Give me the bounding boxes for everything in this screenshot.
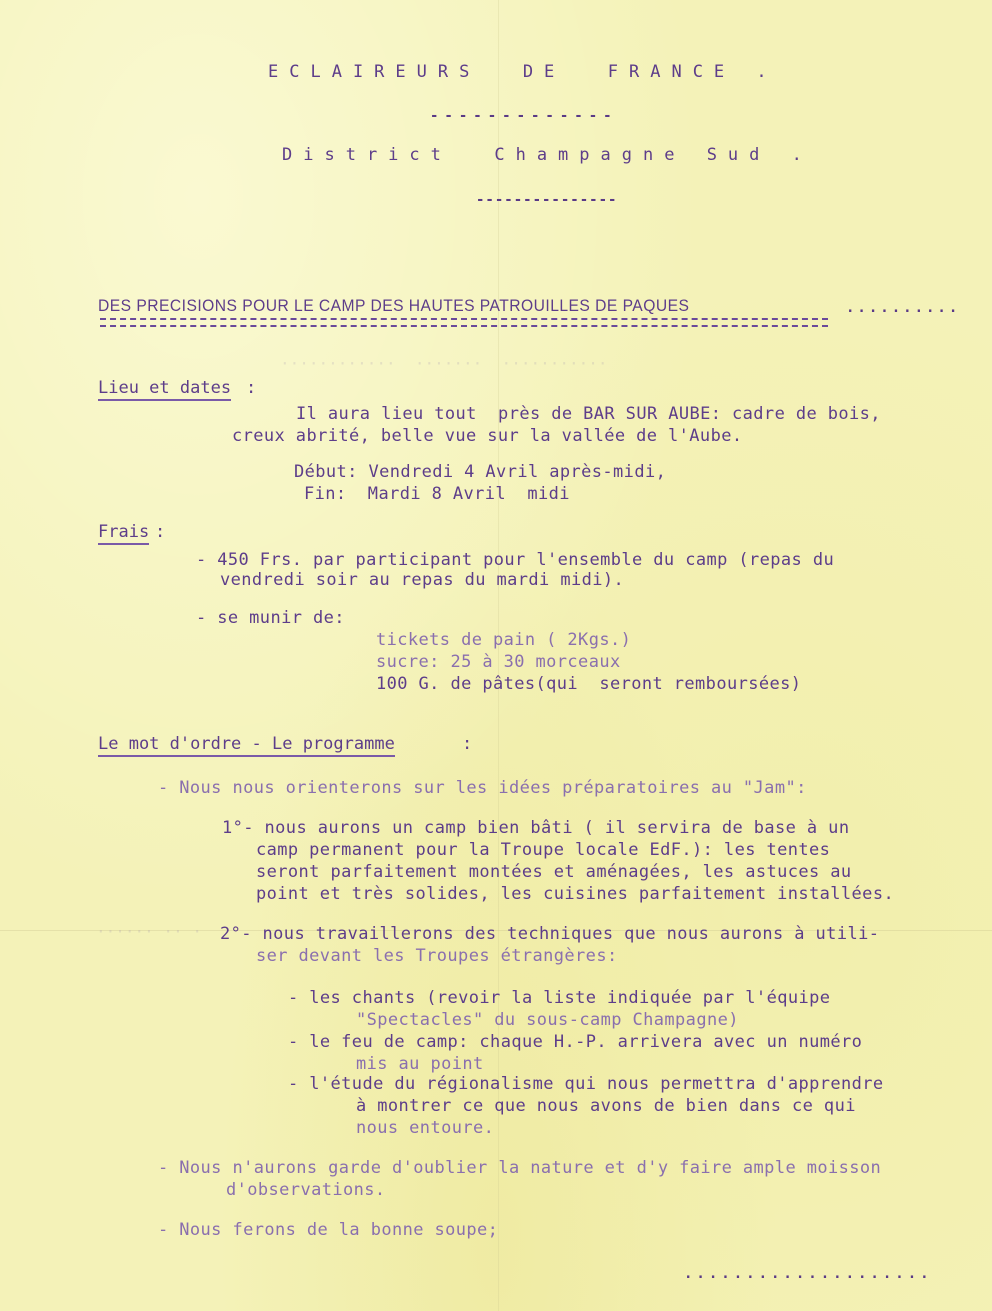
point-2-line-2: ser devant les Troupes étrangères: — [256, 946, 618, 966]
bleed-through-text: ············ ······· ··········· — [280, 354, 608, 373]
sub-item-chants-line-1: - les chants (revoir la liste indiquée p… — [288, 988, 830, 1008]
sub-item-regionalisme-line-1: - l'étude du régionalisme qui nous perme… — [288, 1074, 884, 1094]
point-1-line-1: 1°- nous aurons un camp bien bâti ( il s… — [222, 818, 849, 838]
section-heading-lieu: Lieu et dates — [98, 378, 231, 401]
sub-item-feu-line-1: - le feu de camp: chaque H.-P. arrivera … — [288, 1032, 862, 1052]
supply-item: tickets de pain ( 2Kgs.) — [376, 630, 631, 650]
programme-intro: - Nous nous orienterons sur les idées pr… — [158, 778, 807, 798]
point-1-line-2: camp permanent pour la Troupe locale EdF… — [256, 840, 830, 860]
footer-dots: .................... — [684, 1266, 933, 1282]
frais-item-1-line-2: vendredi soir au repas du mardi midi). — [220, 570, 624, 590]
lieu-fin: Fin: Mardi 8 Avril midi — [304, 484, 570, 504]
bleed-through-text: ······ ·· · — [96, 922, 202, 941]
point-2-line-1: 2°- nous travaillerons des techniques qu… — [220, 924, 879, 944]
point-1-line-3: seront parfaitement montées et aménagées… — [256, 862, 852, 882]
nature-line-1: - Nous n'aurons garde d'oublier la natur… — [158, 1158, 881, 1178]
section-heading-frais: Frais — [98, 522, 149, 545]
sub-item-feu-line-2: mis au point — [356, 1054, 484, 1074]
title-trailing-dots: .......... — [846, 300, 960, 316]
frais-item-1-line-1: - 450 Frs. par participant pour l'ensemb… — [196, 550, 834, 570]
title-double-underline — [100, 318, 828, 327]
section-heading-frais-colon: : — [155, 522, 165, 542]
header-separator-1: ------------- — [430, 108, 618, 124]
frais-item-2: - se munir de: — [196, 608, 345, 628]
organization-header: ECLAIREURS DE FRANCE . — [268, 62, 778, 82]
lieu-line-2: creux abrité, belle vue sur la vallée de… — [232, 426, 742, 446]
lieu-line-1: Il aura lieu tout près de BAR SUR AUBE: … — [296, 404, 881, 424]
district-header: District Champagne Sud . — [282, 145, 813, 165]
section-heading-lieu-colon: : — [246, 378, 256, 398]
header-separator-2: --------------- — [476, 192, 617, 208]
soupe-line: - Nous ferons de la bonne soupe; — [158, 1220, 498, 1240]
point-1-line-4: point et très solides, les cuisines parf… — [256, 884, 894, 904]
sub-item-chants-line-2: "Spectacles" du sous-camp Champagne) — [356, 1010, 739, 1030]
supply-item: sucre: 25 à 30 morceaux — [376, 652, 621, 672]
lieu-debut: Début: Vendredi 4 Avril après-midi, — [294, 462, 666, 482]
sub-item-regionalisme-line-3: nous entoure. — [356, 1118, 494, 1138]
document-title: DES PRECISIONS POUR LE CAMP DES HAUTES P… — [98, 296, 689, 316]
supply-item: 100 G. de pâtes(qui seront remboursées) — [376, 674, 801, 694]
nature-line-2: d'observations. — [226, 1180, 386, 1200]
sub-item-regionalisme-line-2: à montrer ce que nous avons de bien dans… — [356, 1096, 856, 1116]
section-heading-programme: Le mot d'ordre - Le programme — [98, 734, 395, 757]
section-heading-programme-colon: : — [462, 734, 472, 754]
